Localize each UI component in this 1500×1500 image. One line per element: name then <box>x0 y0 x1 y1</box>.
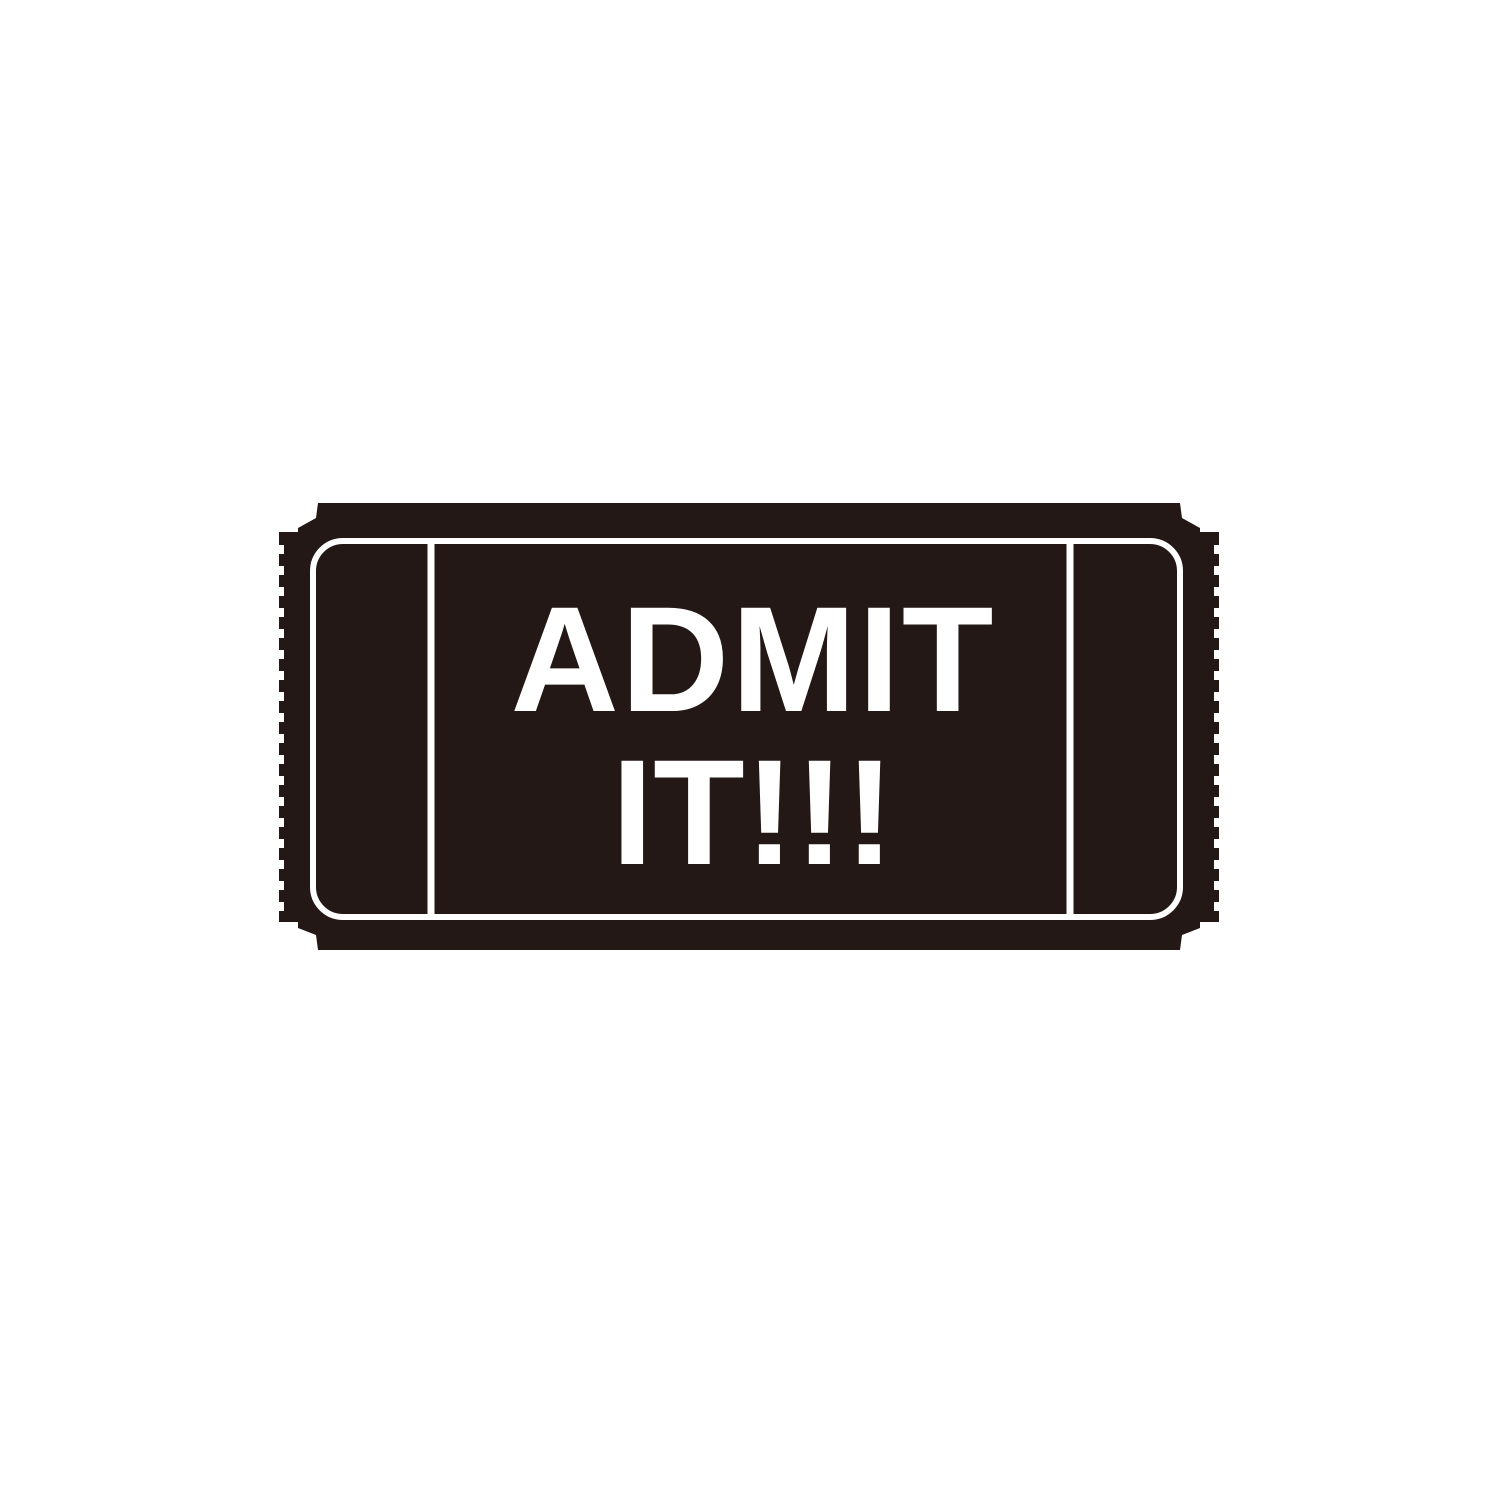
ticket-title-line1: ADMIT <box>437 584 1069 734</box>
ticket-title-line2: IT!!! <box>437 737 1069 887</box>
